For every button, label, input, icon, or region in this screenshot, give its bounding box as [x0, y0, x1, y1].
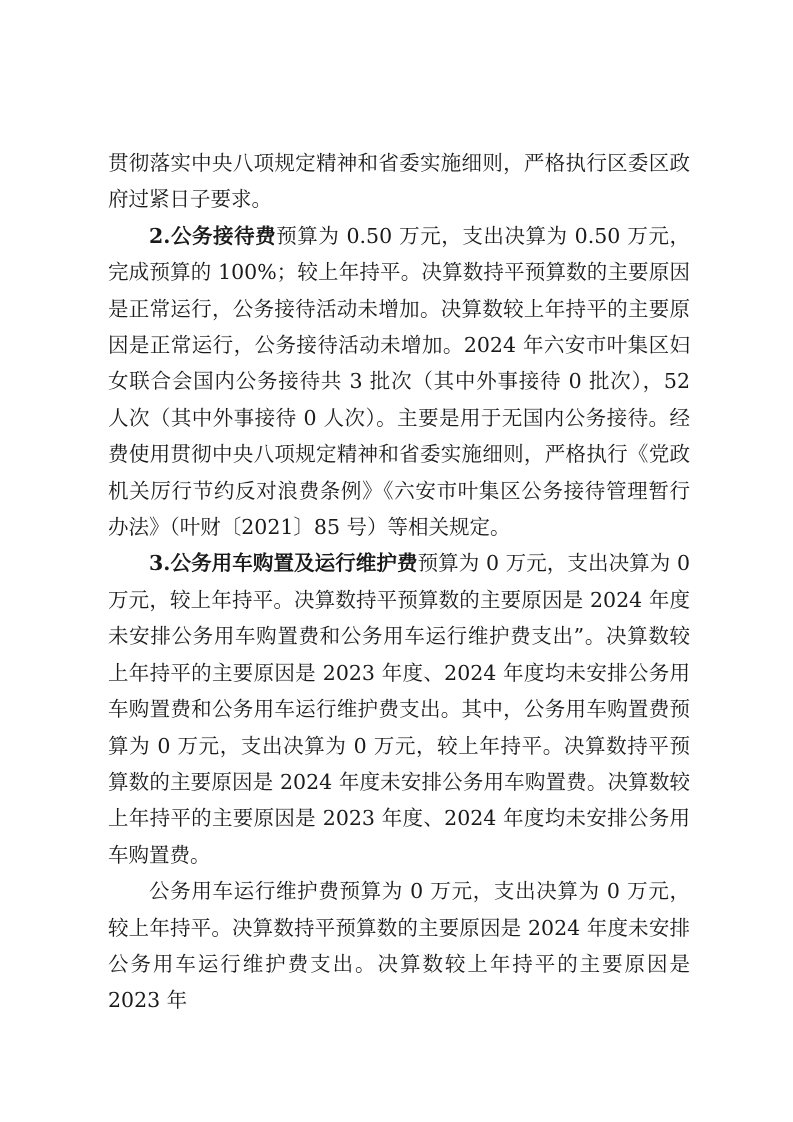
paragraph-vehicle-maintenance: 公务用车运行维护费预算为 0 万元，支出决算为 0 万元，较上年持平。决算数持平…: [108, 873, 690, 1019]
paragraph-text: 贯彻落实中央八项规定精神和省委实施细则，严格执行区委区政府过紧日子要求。: [108, 151, 690, 211]
paragraph-text: 预算为 0.50 万元，支出决算为 0.50 万元，完成预算的 100%；较上年…: [108, 224, 690, 539]
section-heading-reception: 2.公务接待费: [149, 224, 276, 248]
paragraph-vehicle-expenses: 3.公务用车购置及运行维护费预算为 0 万元，支出决算为 0 万元，较上年持平。…: [108, 545, 690, 873]
paragraph-reception-expenses: 2.公务接待费预算为 0.50 万元，支出决算为 0.50 万元，完成预算的 1…: [108, 218, 690, 546]
paragraph-text: 预算为 0 万元，支出决算为 0 万元，较上年持平。决算数持平预算数的主要原因是…: [108, 551, 690, 866]
section-heading-vehicle: 3.公务用车购置及运行维护费: [149, 551, 418, 575]
paragraph-text: 公务用车运行维护费预算为 0 万元，支出决算为 0 万元，较上年持平。决算数持平…: [108, 879, 690, 1012]
paragraph-intro-continuation: 贯彻落实中央八项规定精神和省委实施细则，严格执行区委区政府过紧日子要求。: [108, 145, 690, 218]
document-page: 贯彻落实中央八项规定精神和省委实施细则，严格执行区委区政府过紧日子要求。 2.公…: [108, 145, 690, 1019]
